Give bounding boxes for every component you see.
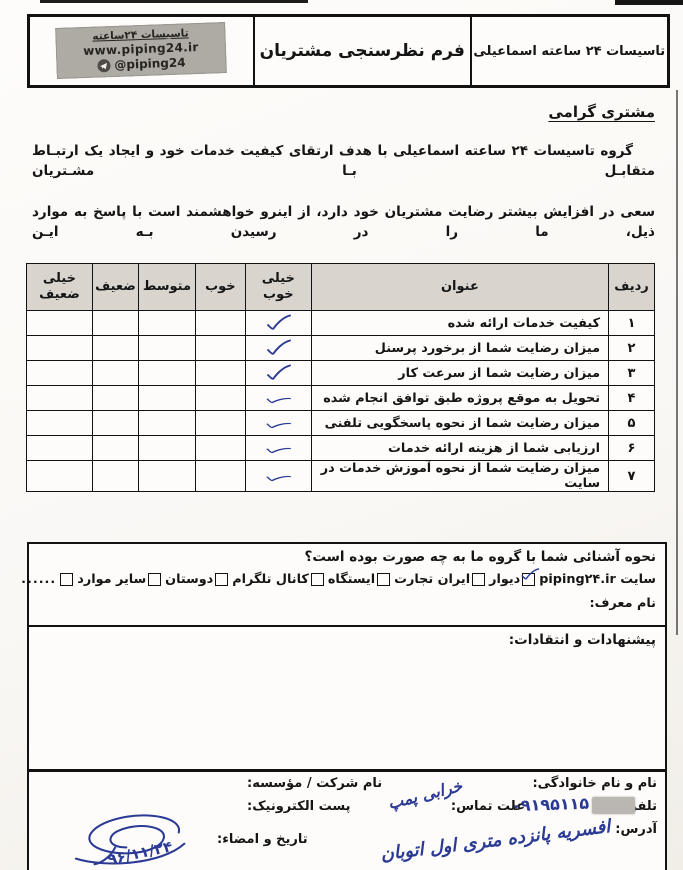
rating-cell [138, 361, 195, 386]
checkbox [377, 573, 390, 586]
col-header-row-number: ردیف [609, 264, 655, 311]
rating-cell [138, 436, 195, 461]
row-number: ۲ [609, 336, 655, 361]
rating-cell [245, 411, 311, 436]
rating-cell [92, 311, 138, 336]
col-header-average: متوسط [138, 264, 195, 311]
row-title: میزان رضایت شما از نحوه پاسخگویی تلفنی [311, 411, 608, 436]
rating-cell [92, 336, 138, 361]
rating-cell [195, 411, 245, 436]
checkbox [311, 573, 324, 586]
row-title: میزان رضایت شما از برخورد پرسنل [311, 336, 608, 361]
option-telegram-channel: کانال تلگرام [213, 572, 309, 587]
rating-cell [27, 411, 93, 436]
rating-cell [245, 336, 311, 361]
checkbox [472, 573, 485, 586]
checkbox [60, 573, 73, 586]
col-header-title: عنوان [311, 264, 608, 311]
address-label: آدرس: [615, 822, 657, 837]
checkmark-icon [246, 364, 311, 382]
logo-handle: @piping24 [115, 56, 187, 73]
checkmark-icon [246, 414, 311, 432]
referrer-label: نام معرف: [38, 596, 656, 611]
checkbox [522, 573, 535, 586]
rating-cell [245, 386, 311, 411]
option-divar: دیوار [470, 572, 520, 587]
rating-cell [27, 461, 93, 492]
col-header-very-weak: خیلی ضعیف [27, 264, 93, 311]
redaction-box [592, 797, 635, 814]
rating-cell [92, 386, 138, 411]
form-title: فرم نظرسنجی مشتریان [253, 17, 470, 85]
checkmark-icon [246, 314, 311, 332]
rating-table: ردیف عنوان خیلی خوب خوب متوسط ضعیف خیلی … [26, 263, 655, 492]
company-name: تاسیسات ۲۴ ساعته اسماعیلی [470, 17, 667, 85]
rating-cell [27, 336, 93, 361]
rating-cell [245, 436, 311, 461]
contact-section: نام و نام خانوادگی: نام شرکت / مؤسسه: تل… [27, 770, 667, 870]
rating-cell [195, 386, 245, 411]
rating-cell [195, 336, 245, 361]
option-label: دوستان [165, 572, 213, 587]
rating-cell [92, 361, 138, 386]
rating-cell [27, 436, 93, 461]
suggestions-section: پیشنهادات و انتقادات: [27, 626, 667, 771]
rating-cell [92, 461, 138, 492]
checkmark-icon [246, 467, 311, 485]
option-iran-tejarat: ایران تجارت [375, 572, 470, 587]
acquaintance-options: سایت piping۲۴.ir دیوار ایران تجارت ایستگ… [38, 572, 656, 587]
rating-table-header-row: ردیف عنوان خیلی خوب خوب متوسط ضعیف خیلی … [27, 264, 655, 311]
rating-cell [195, 461, 245, 492]
rating-cell [245, 461, 311, 492]
option-label: ایستگاه [328, 572, 375, 587]
rating-cell [92, 436, 138, 461]
company-logo: تاسیسات ۲۴ساعته www.piping24.ir @piping2… [56, 22, 228, 79]
date-signature-label: تاریخ و امضاء: [217, 832, 308, 847]
acquaintance-section: نحوه آشنائی شما با گروه ما به چه صورت بو… [27, 542, 667, 627]
rating-cell [195, 311, 245, 336]
row-number: ۷ [609, 461, 655, 492]
col-header-good: خوب [195, 264, 245, 311]
checkmark-icon [246, 389, 311, 407]
rating-cell [195, 436, 245, 461]
rating-cell [27, 361, 93, 386]
table-row: ۶ ارزیابی شما از هزینه ارائه خدمات [27, 436, 655, 461]
rating-cell [138, 411, 195, 436]
option-other: سایر موارد ...... [21, 572, 146, 587]
rating-cell [245, 361, 311, 386]
row-number: ۵ [609, 411, 655, 436]
option-friends: دوستان [146, 572, 213, 587]
greeting-heading: مشتری گرامی [32, 103, 655, 121]
intro-line: سعی در افزایش بیشتر رضایت مشتریان خود دا… [32, 202, 655, 242]
checkbox [215, 573, 228, 586]
table-row: ۱ کیفیت خدمات ارائه شده [27, 311, 655, 336]
row-number: ۶ [609, 436, 655, 461]
rating-cell [92, 411, 138, 436]
option-label: دیوار [489, 572, 520, 587]
row-title: تحویل به موقع پروژه طبق توافق انجام شده [311, 386, 608, 411]
row-number: ۱ [609, 311, 655, 336]
col-header-very-good: خیلی خوب [245, 264, 311, 311]
row-title: ارزیابی شما از هزینه ارائه خدمات [311, 436, 608, 461]
scan-artifact [40, 0, 308, 3]
row-title: کیفیت خدمات ارائه شده [311, 311, 608, 336]
address-handwriting: افسریه پانزده متری اول اتوبان [379, 816, 611, 865]
contact-reason-label: علت تماس: [451, 799, 525, 814]
table-row: ۷ میزان رضایت شما از نحوه آموزش خدمات در… [27, 461, 655, 492]
option-label: کانال تلگرام [232, 572, 309, 587]
option-website: سایت piping۲۴.ir [520, 572, 656, 587]
checkmark-icon [246, 439, 311, 457]
table-row: ۳ میزان رضایت شما از سرعت کار [27, 361, 655, 386]
checkmark-icon [246, 339, 311, 357]
other-dots: ...... [21, 572, 56, 587]
scanned-survey-form: تاسیسات ۲۴ ساعته اسماعیلی فرم نظرسنجی مش… [0, 0, 683, 870]
rating-cell [138, 461, 195, 492]
table-row: ۲ میزان رضایت شما از برخورد پرسنل [27, 336, 655, 361]
row-title: میزان رضایت شما از نحوه آموزش خدمات در س… [311, 461, 608, 492]
rating-cell [195, 361, 245, 386]
option-label: سایت piping۲۴.ir [539, 572, 656, 587]
table-row: ۵ میزان رضایت شما از نحوه پاسخگویی تلفنی [27, 411, 655, 436]
option-istgah: ایستگاه [309, 572, 375, 587]
col-header-weak: ضعیف [92, 264, 138, 311]
company-field-label: نام شرکت / مؤسسه: [247, 776, 382, 791]
rating-cell [138, 386, 195, 411]
row-title: میزان رضایت شما از سرعت کار [311, 361, 608, 386]
scan-artifact [615, 0, 683, 5]
option-label: سایر موارد [77, 572, 146, 587]
rating-cell [245, 311, 311, 336]
scan-artifact [676, 90, 678, 635]
acquaintance-question: نحوه آشنائی شما با گروه ما به چه صورت بو… [38, 549, 656, 565]
logo-cell: تاسیسات ۲۴ساعته www.piping24.ir @piping2… [30, 17, 253, 85]
rating-cell [138, 311, 195, 336]
form-header: تاسیسات ۲۴ ساعته اسماعیلی فرم نظرسنجی مش… [27, 14, 670, 88]
rating-cell [27, 386, 93, 411]
row-number: ۳ [609, 361, 655, 386]
rating-cell [138, 336, 195, 361]
table-row: ۴ تحویل به موقع پروژه طبق توافق انجام شد… [27, 386, 655, 411]
suggestions-label: پیشنهادات و انتقادات: [38, 632, 656, 648]
rating-cell [27, 311, 93, 336]
option-label: ایران تجارت [394, 572, 470, 587]
telegram-icon [98, 60, 111, 73]
name-label: نام و نام خانوادگی: [532, 776, 657, 791]
email-label: پست الکترونیک: [247, 799, 350, 814]
row-number: ۴ [609, 386, 655, 411]
checkbox [148, 573, 161, 586]
intro-line: گروه تاسیسات ۲۴ ساعته اسماعیلی با هدف ار… [32, 141, 655, 181]
